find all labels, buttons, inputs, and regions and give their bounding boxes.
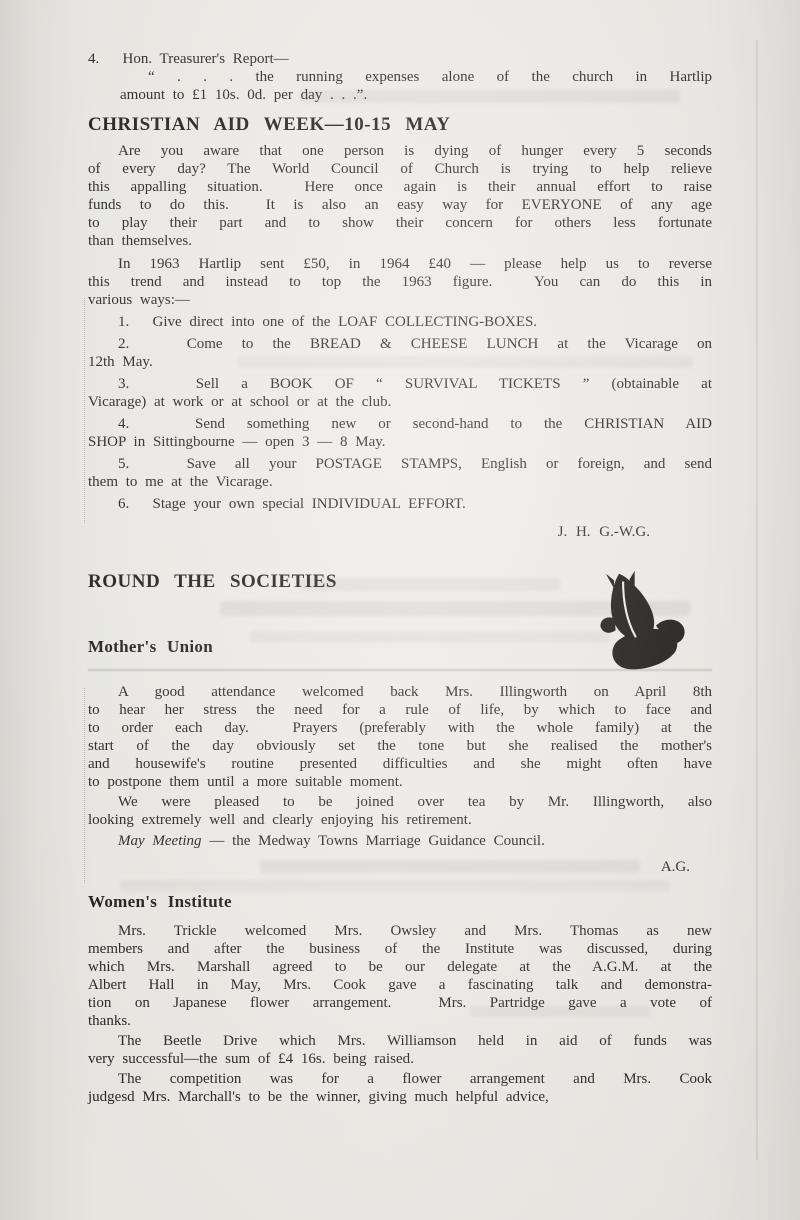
- text-line: them to me at the Vicarage.: [88, 473, 712, 491]
- christian-aid-heading: CHRISTIAN AID WEEK—10-15 MAY: [88, 114, 712, 136]
- may-meeting-italic-text: May Meeting: [118, 833, 202, 849]
- text-line: to order each day. Prayers (preferably w…: [88, 719, 712, 737]
- christian-aid-list-item-6: 6. Stage your own special INDIVIDUAL EFF…: [88, 495, 712, 513]
- womens-institute-paragraph-2: The Beetle Drive which Mrs. Williamson h…: [88, 1032, 712, 1068]
- text-line: this trend and instead to top the 1963 f…: [88, 273, 712, 291]
- praying-hands-icon: [584, 566, 694, 672]
- scan-artifact-line: [84, 298, 85, 523]
- womens-institute-paragraph-1: Mrs. Trickle welcomed Mrs. Owsley and Mr…: [88, 922, 712, 1030]
- text-line: to play their part and to show their con…: [88, 214, 712, 232]
- christian-aid-list-item-5: 5. Save all your POSTAGE STAMPS, English…: [88, 455, 712, 491]
- text-line: start of the day obviously set the tone …: [88, 737, 712, 755]
- mothers-union-signature: A.G.: [88, 858, 712, 876]
- mothers-union-paragraph-2: We were pleased to be joined over tea by…: [88, 793, 712, 829]
- christian-aid-list-item-4: 4. Send something new or second-hand to …: [88, 415, 712, 451]
- text-line: than themselves.: [88, 232, 712, 250]
- text-line: 5. Save all your POSTAGE STAMPS, English…: [88, 455, 712, 473]
- may-meeting-rest-text: — the Medway Towns Marriage Guidance Cou…: [202, 833, 545, 849]
- scan-artifact-line: [84, 688, 85, 883]
- text-line: to postpone them until a more suitable m…: [88, 773, 712, 791]
- text-line: In 1963 Hartlip sent £50, in 1964 £40 — …: [88, 255, 712, 273]
- text-line: Are you aware that one person is dying o…: [88, 142, 712, 160]
- text-line: Vicarage) at work or at school or at the…: [88, 393, 712, 411]
- christian-aid-list-item-2: 2. Come to the BREAD & CHEESE LUNCH at t…: [88, 335, 712, 371]
- text-line: The competition was for a flower arrange…: [88, 1070, 712, 1088]
- text-line: 6. Stage your own special INDIVIDUAL EFF…: [88, 495, 712, 513]
- text-line: amount to £1 10s. 0d. per day . . .”.: [120, 86, 712, 104]
- text-line: of every day? The World Council of Churc…: [88, 160, 712, 178]
- text-line: looking extremely well and clearly enjoy…: [88, 811, 712, 829]
- text-line: Albert Hall in May, Mrs. Cook gave a fas…: [88, 976, 712, 994]
- text-line: SHOP in Sittingbourne — open 3 — 8 May.: [88, 433, 712, 451]
- text-line: 4. Send something new or second-hand to …: [88, 415, 712, 433]
- text-line: We were pleased to be joined over tea by…: [88, 793, 712, 811]
- christian-aid-list-item-1: 1. Give direct into one of the LOAF COLL…: [88, 313, 712, 331]
- text-line: various ways:—: [88, 291, 712, 309]
- text-line: 12th May.: [88, 353, 712, 371]
- text-line: A good attendance welcomed back Mrs. Ill…: [88, 683, 712, 701]
- text-line: tion on Japanese flower arrangement. Mrs…: [88, 994, 712, 1012]
- text-line: “ . . . the running expenses alone of th…: [120, 68, 712, 86]
- text-line: this appalling situation. Here once agai…: [88, 178, 712, 196]
- text-line: members and after the business of the In…: [88, 940, 712, 958]
- text-line: 1. Give direct into one of the LOAF COLL…: [88, 313, 712, 331]
- christian-aid-paragraph-1: Are you aware that one person is dying o…: [88, 142, 712, 250]
- text-line: and housewife's routine presented diffic…: [88, 755, 712, 773]
- page-content: 4. Hon. Treasurer's Report— “ . . . the …: [88, 0, 712, 1106]
- text-line: 3. Sell a BOOK OF “ SURVIVAL TICKETS ” (…: [88, 375, 712, 393]
- text-line: funds to do this. It is also an easy way…: [88, 196, 712, 214]
- christian-aid-list-item-3: 3. Sell a BOOK OF “ SURVIVAL TICKETS ” (…: [88, 375, 712, 411]
- text-line: 2. Come to the BREAD & CHEESE LUNCH at t…: [88, 335, 712, 353]
- christian-aid-paragraph-2: In 1963 Hartlip sent £50, in 1964 £40 — …: [88, 255, 712, 309]
- womens-institute-heading: Women's Institute: [88, 892, 712, 912]
- text-line: The Beetle Drive which Mrs. Williamson h…: [88, 1032, 712, 1050]
- text-line: very successful—the sum of £4 16s. being…: [88, 1050, 712, 1068]
- text-line: to hear her stress the need for a rule o…: [88, 701, 712, 719]
- mothers-union-may-meeting-line: May Meeting — the Medway Towns Marriage …: [88, 832, 712, 850]
- text-line: thanks.: [88, 1012, 712, 1030]
- womens-institute-paragraph-3: The competition was for a flower arrange…: [88, 1070, 712, 1106]
- text-line: which Mrs. Marshall agreed to be our del…: [88, 958, 712, 976]
- mothers-union-paragraph-1: A good attendance welcomed back Mrs. Ill…: [88, 683, 712, 791]
- magazine-page: 4. Hon. Treasurer's Report— “ . . . the …: [0, 0, 800, 1220]
- text-line: judgesd Mrs. Marchall's to be the winner…: [88, 1088, 712, 1106]
- treasurer-report-line: 4. Hon. Treasurer's Report—: [88, 50, 712, 68]
- treasurer-quote: “ . . . the running expenses alone of th…: [120, 68, 712, 104]
- text-line: Mrs. Trickle welcomed Mrs. Owsley and Mr…: [88, 922, 712, 940]
- page-edge-line: [756, 40, 758, 1160]
- christian-aid-signature: J. H. G.-W.G.: [88, 523, 712, 541]
